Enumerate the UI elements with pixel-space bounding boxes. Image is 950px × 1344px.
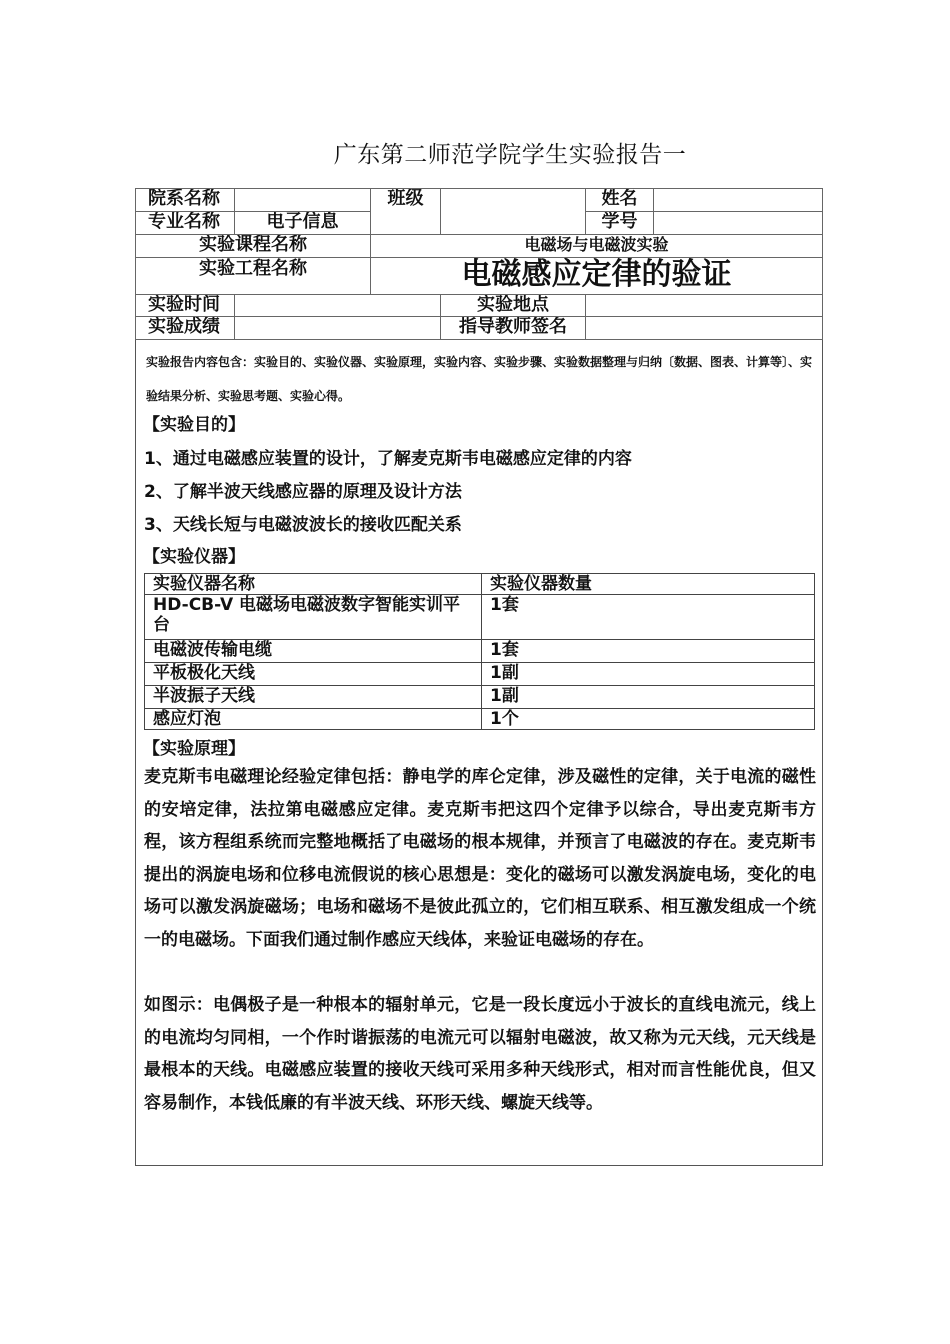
name-label: 姓名 xyxy=(585,188,654,212)
table-header-row: 实验仪器名称 实验仪器数量 xyxy=(145,574,815,595)
column-header-quantity: 实验仪器数量 xyxy=(482,574,815,595)
principle-heading: 【实验原理】 xyxy=(143,734,245,759)
class-label: 班级 xyxy=(370,188,441,235)
purpose-item-3: 3、天线长短与电磁波波长的接收匹配关系 xyxy=(144,510,462,535)
instrument-quantity: 1套 xyxy=(482,640,815,663)
instrument-name: 感应灯泡 xyxy=(145,709,482,730)
instruments-table: 实验仪器名称 实验仪器数量 HD-CB-V 电磁场电磁波数字智能实训平台 1套 … xyxy=(144,573,815,730)
purpose-heading: 【实验目的】 xyxy=(143,410,245,435)
project-label: 实验工程名称 xyxy=(135,257,371,295)
dept-field[interactable] xyxy=(234,188,371,212)
grade-label: 实验成绩 xyxy=(135,316,235,340)
principle-paragraph-2: 如图示：电偶极子是一种根本的辐射单元，它是一段长度远小于波长的直线电流元，线上的… xyxy=(144,989,816,1119)
purpose-item-1: 1、通过电磁感应装置的设计，了解麦克斯韦电磁感应定律的内容 xyxy=(144,444,632,469)
class-field[interactable] xyxy=(440,188,586,235)
name-field[interactable] xyxy=(653,188,823,212)
location-field[interactable] xyxy=(585,294,823,317)
instrument-quantity: 1副 xyxy=(482,663,815,686)
purpose-item-2: 2、了解半波天线感应器的原理及设计方法 xyxy=(144,477,462,502)
location-label: 实验地点 xyxy=(440,294,586,317)
major-label: 专业名称 xyxy=(135,211,235,235)
dept-label: 院系名称 xyxy=(135,188,235,212)
table-row: 感应灯泡 1个 xyxy=(145,709,815,730)
course-field[interactable]: 电磁场与电磁波实验 xyxy=(370,234,823,258)
major-field[interactable]: 电子信息 xyxy=(234,211,371,235)
teacher-label: 指导教师签名 xyxy=(440,316,586,340)
course-label: 实验课程名称 xyxy=(135,234,371,258)
principle-paragraph-1: 麦克斯韦电磁理论经验定律包括：静电学的库仑定律，涉及磁性的定律，关于电流的磁性的… xyxy=(144,761,816,957)
instrument-name: HD-CB-V 电磁场电磁波数字智能实训平台 xyxy=(145,595,482,640)
table-row: HD-CB-V 电磁场电磁波数字智能实训平台 1套 xyxy=(145,595,815,640)
time-label: 实验时间 xyxy=(135,294,235,317)
student-id-label: 学号 xyxy=(585,211,654,235)
instrument-name: 电磁波传输电缆 xyxy=(145,640,482,663)
grade-field[interactable] xyxy=(234,316,441,340)
teacher-field[interactable] xyxy=(585,316,823,340)
content-note: 实验报告内容包含：实验目的、实验仪器、实验原理，实验内容、实验步骤、实验数据整理… xyxy=(146,345,816,413)
instrument-quantity: 1个 xyxy=(482,709,815,730)
student-id-field[interactable] xyxy=(653,211,823,235)
document-title: 广东第二师范学院学生实验报告一 xyxy=(0,136,950,169)
instrument-name: 半波振子天线 xyxy=(145,686,482,709)
project-field[interactable]: 电磁感应定律的验证 xyxy=(370,257,823,295)
table-row: 电磁波传输电缆 1套 xyxy=(145,640,815,663)
column-header-name: 实验仪器名称 xyxy=(145,574,482,595)
instrument-quantity: 1副 xyxy=(482,686,815,709)
time-field[interactable] xyxy=(234,294,441,317)
table-row: 半波振子天线 1副 xyxy=(145,686,815,709)
instrument-quantity: 1套 xyxy=(482,595,815,640)
table-row: 平板极化天线 1副 xyxy=(145,663,815,686)
instrument-name: 平板极化天线 xyxy=(145,663,482,686)
instruments-heading: 【实验仪器】 xyxy=(143,542,245,567)
